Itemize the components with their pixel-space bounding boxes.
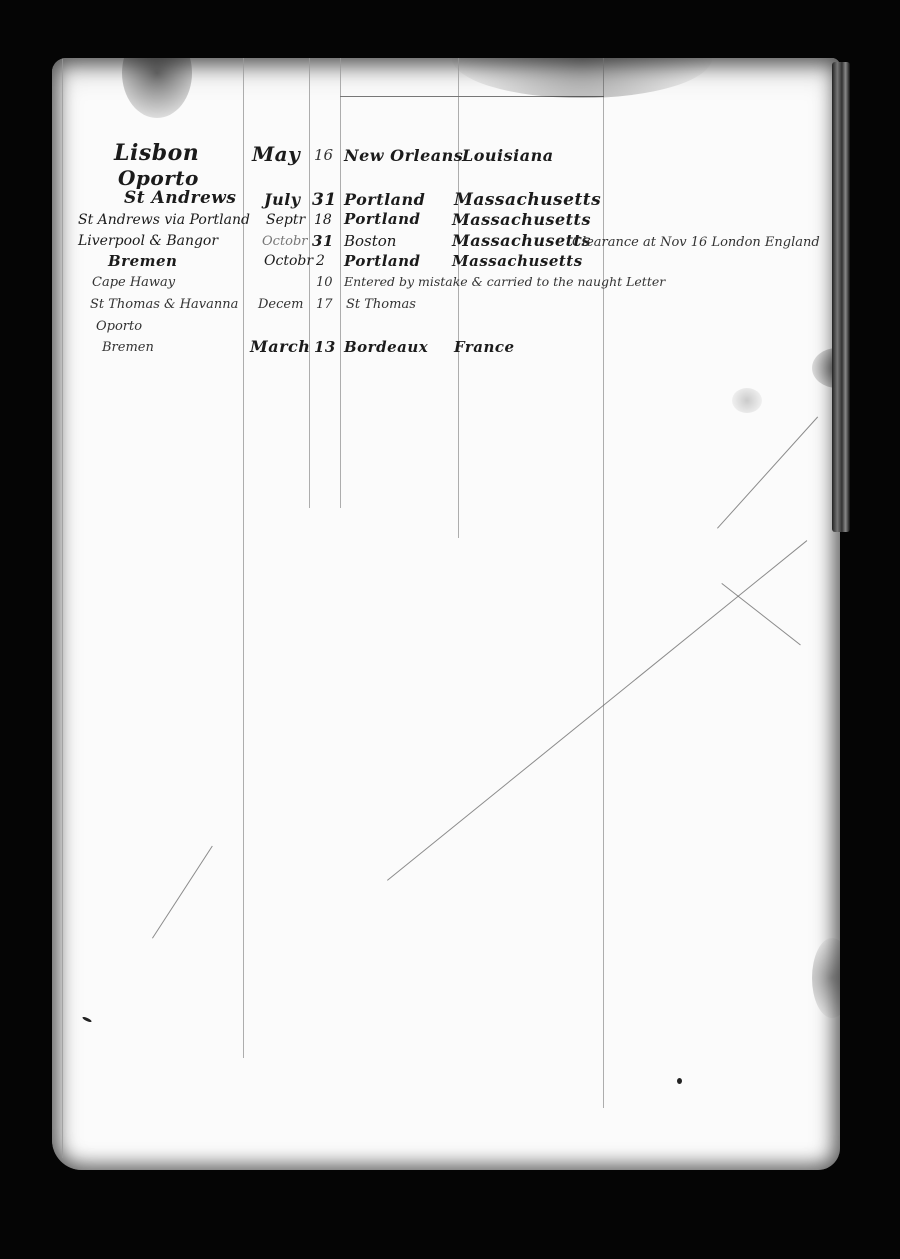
ledger-page: Lisbon May 16 New Orleans Louisiana Opor… [52, 58, 840, 1170]
column-rule [458, 58, 459, 538]
state-cell: Louisiana [462, 148, 554, 164]
destination-cell: Bremen [108, 254, 177, 269]
month-cell: May [252, 144, 300, 164]
destination-cell: Cape Haway [92, 276, 175, 289]
note-cell: Entered by mistake & carried to the naug… [344, 276, 665, 289]
state-cell: Massachusetts [452, 212, 591, 228]
column-rule [62, 58, 63, 1158]
day-cell: 16 [314, 148, 333, 163]
day-cell: 31 [312, 234, 334, 249]
day-cell: 18 [314, 213, 332, 227]
month-cell: Octobr [264, 254, 313, 268]
state-cell: Massachusetts [454, 192, 601, 209]
month-cell: Octobr [262, 235, 308, 248]
port-cell: Portland [344, 254, 421, 269]
column-rule [340, 58, 341, 508]
page-edge [832, 62, 850, 532]
month-cell: March [250, 339, 310, 355]
destination-cell: St Thomas & Havanna [90, 298, 238, 311]
day-cell: 31 [312, 192, 337, 209]
day-cell: 13 [314, 340, 336, 355]
destination-cell: St Andrews via Portland [78, 213, 250, 227]
scratch-line [717, 417, 818, 529]
state-cell: Massachusetts [452, 254, 583, 269]
port-cell: Boston [344, 234, 396, 249]
port-cell: Portland [344, 212, 421, 227]
month-cell: Septr [266, 213, 305, 227]
destination-cell: Liverpool & Bangor [78, 234, 218, 248]
day-cell: 2 [316, 254, 325, 268]
month-cell: Decem [258, 298, 303, 311]
port-cell: St Thomas [346, 298, 416, 311]
destination-cell: St Andrews [124, 190, 236, 207]
state-cell: France [454, 340, 515, 355]
destination-cell: Bremen [102, 341, 154, 354]
month-cell: July [264, 192, 301, 208]
port-cell: Portland [344, 192, 425, 208]
column-rule [309, 58, 310, 508]
day-cell: 17 [316, 298, 333, 311]
port-cell: Bordeaux [344, 340, 428, 355]
scratch-line [721, 583, 800, 645]
note-cell: Clearance at Nov 16 London England [572, 236, 820, 249]
state-cell: Massachusetts [452, 233, 591, 249]
destination-cell: Lisbon [114, 142, 199, 164]
destination-cell: Oporto [96, 320, 142, 333]
scratch-line [152, 846, 213, 939]
column-rule [243, 58, 244, 1058]
day-cell: 10 [316, 276, 333, 289]
destination-cell: Oporto [118, 168, 199, 188]
port-cell: New Orleans [344, 148, 463, 164]
scratch-line [387, 540, 807, 881]
column-rule [603, 58, 604, 1108]
